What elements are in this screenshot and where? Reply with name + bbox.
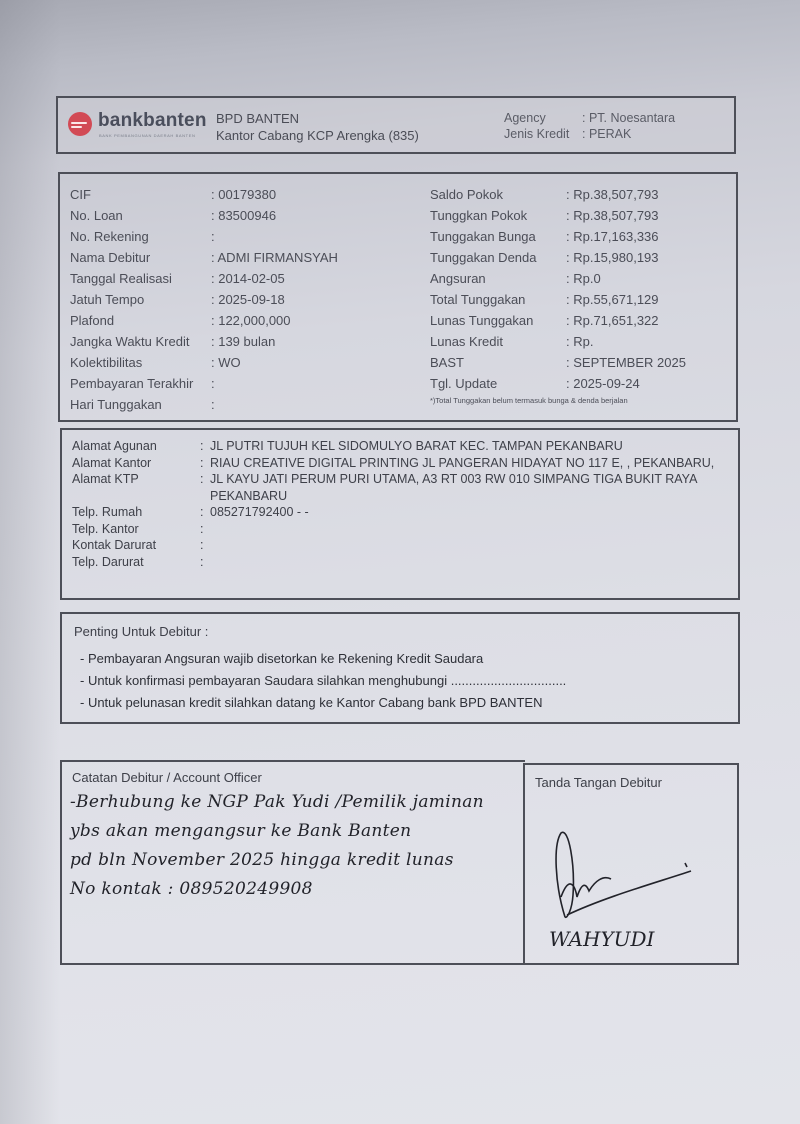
handwritten-notes: -Berhubung ke NGP Pak Yudi /Pemilik jami… bbox=[70, 788, 484, 904]
address-value bbox=[210, 537, 730, 554]
address-label: Kontak Darurat bbox=[72, 537, 200, 554]
info-label: No. Loan bbox=[70, 205, 211, 226]
info-value: : Rp.0 bbox=[566, 271, 601, 286]
info-value: : bbox=[211, 376, 215, 391]
info-row: Hari Tunggakan: bbox=[70, 394, 338, 415]
info-value: : 2014-02-05 bbox=[211, 271, 285, 286]
address-label: Alamat KTP bbox=[72, 471, 200, 504]
bank-logo-icon bbox=[68, 112, 92, 136]
important-notice: Penting Untuk Debitur : - Pembayaran Ang… bbox=[60, 612, 740, 724]
handwritten-line: No kontak : 089520249908 bbox=[70, 875, 484, 904]
agency-value: : PT. Noesantara bbox=[582, 111, 675, 125]
info-label: Lunas Kredit bbox=[430, 331, 566, 352]
notice-title: Penting Untuk Debitur : bbox=[74, 624, 208, 639]
logo-text: bankbanten bbox=[98, 110, 207, 132]
info-row: Tunggakan Denda: Rp.15,980,193 bbox=[430, 247, 686, 268]
address-value: JL PUTRI TUJUH KEL SIDOMULYO BARAT KEC. … bbox=[210, 438, 730, 455]
info-label: Tunggakan Bunga bbox=[430, 226, 566, 247]
info-value: : Rp. bbox=[566, 334, 593, 349]
address-row: Alamat Kantor:RIAU CREATIVE DIGITAL PRIN… bbox=[72, 455, 730, 472]
info-value: : Rp.55,671,129 bbox=[566, 292, 659, 307]
credit-type-label: Jenis Kredit bbox=[504, 126, 582, 142]
address-row: Alamat KTP:JL KAYU JATI PERUM PURI UTAMA… bbox=[72, 471, 730, 504]
handwritten-line: -Berhubung ke NGP Pak Yudi /Pemilik jami… bbox=[70, 788, 484, 817]
info-value: : bbox=[211, 397, 215, 412]
address-rows: Alamat Agunan:JL PUTRI TUJUH KEL SIDOMUL… bbox=[72, 438, 730, 570]
info-row: Pembayaran Terakhir: bbox=[70, 373, 338, 394]
info-row: Tunggakan Bunga: Rp.17,163,336 bbox=[430, 226, 686, 247]
address-value: JL KAYU JATI PERUM PURI UTAMA, A3 RT 003… bbox=[210, 471, 730, 504]
address-label: Telp. Kantor bbox=[72, 521, 200, 538]
info-value: : 83500946 bbox=[211, 208, 276, 223]
address-separator: : bbox=[200, 455, 210, 472]
info-label: Lunas Tunggakan bbox=[430, 310, 566, 331]
address-row: Telp. Darurat: bbox=[72, 554, 730, 571]
info-value: : ADMI FIRMANSYAH bbox=[211, 250, 338, 265]
info-row: No. Rekening: bbox=[70, 226, 338, 247]
info-row: Tanggal Realisasi: 2014-02-05 bbox=[70, 268, 338, 289]
address-separator: : bbox=[200, 537, 210, 554]
agency-label: Agency bbox=[504, 110, 582, 126]
info-row: Total Tunggakan: Rp.55,671,129 bbox=[430, 289, 686, 310]
handwritten-line: ybs akan mengangsur ke Bank Banten bbox=[70, 817, 484, 846]
info-label: Angsuran bbox=[430, 268, 566, 289]
address-row: Telp. Rumah:085271792400 - - bbox=[72, 504, 730, 521]
footnote: *)Total Tunggakan belum termasuk bunga &… bbox=[430, 396, 628, 405]
info-label: Plafond bbox=[70, 310, 211, 331]
info-row: Jatuh Tempo: 2025-09-18 bbox=[70, 289, 338, 310]
notice-list: - Pembayaran Angsuran wajib disetorkan k… bbox=[80, 648, 566, 714]
notes-section: Catatan Debitur / Account Officer -Berhu… bbox=[60, 760, 525, 965]
info-label: Tgl. Update bbox=[430, 373, 566, 394]
logo-tagline: BANK PEMBANGUNAN DAERAH BANTEN bbox=[99, 133, 195, 138]
info-row: Jangka Waktu Kredit: 139 bulan bbox=[70, 331, 338, 352]
info-value: : bbox=[211, 229, 215, 244]
address-separator: : bbox=[200, 438, 210, 455]
address-row: Alamat Agunan:JL PUTRI TUJUH KEL SIDOMUL… bbox=[72, 438, 730, 455]
loan-info-right: Saldo Pokok: Rp.38,507,793Tunggkan Pokok… bbox=[430, 184, 686, 394]
notice-item: - Untuk pelunasan kredit silahkan datang… bbox=[80, 692, 566, 714]
signature-scribble-icon bbox=[545, 825, 715, 925]
address-value bbox=[210, 554, 730, 571]
address-separator: : bbox=[200, 504, 210, 521]
address-row: Telp. Kantor: bbox=[72, 521, 730, 538]
info-row: Angsuran: Rp.0 bbox=[430, 268, 686, 289]
address-section: Alamat Agunan:JL PUTRI TUJUH KEL SIDOMUL… bbox=[60, 428, 740, 600]
address-value bbox=[210, 521, 730, 538]
info-value: : 122,000,000 bbox=[211, 313, 291, 328]
handwritten-line: pd bln November 2025 hingga kredit lunas bbox=[70, 846, 484, 875]
info-row: Lunas Kredit: Rp. bbox=[430, 331, 686, 352]
info-row: Tunggkan Pokok: Rp.38,507,793 bbox=[430, 205, 686, 226]
notice-item: - Pembayaran Angsuran wajib disetorkan k… bbox=[80, 648, 566, 670]
info-value: : 139 bulan bbox=[211, 334, 275, 349]
address-value: RIAU CREATIVE DIGITAL PRINTING JL PANGER… bbox=[210, 455, 730, 472]
address-label: Telp. Rumah bbox=[72, 504, 200, 521]
info-value: : Rp.17,163,336 bbox=[566, 229, 659, 244]
address-value: 085271792400 - - bbox=[210, 504, 730, 521]
bank-info: BPD BANTEN Kantor Cabang KCP Arengka (83… bbox=[216, 110, 419, 144]
info-label: Kolektibilitas bbox=[70, 352, 211, 373]
info-label: Saldo Pokok bbox=[430, 184, 566, 205]
address-label: Alamat Agunan bbox=[72, 438, 200, 455]
bank-name: BPD BANTEN bbox=[216, 110, 419, 127]
info-label: Tunggkan Pokok bbox=[430, 205, 566, 226]
address-row: Kontak Darurat: bbox=[72, 537, 730, 554]
info-value: : 2025-09-24 bbox=[566, 376, 640, 391]
signature-title: Tanda Tangan Debitur bbox=[535, 775, 662, 790]
info-value: : SEPTEMBER 2025 bbox=[566, 355, 686, 370]
info-value: : Rp.71,651,322 bbox=[566, 313, 659, 328]
signature-name: WAHYUDI bbox=[549, 927, 654, 951]
address-separator: : bbox=[200, 521, 210, 538]
info-label: Nama Debitur bbox=[70, 247, 211, 268]
notice-item: - Untuk konfirmasi pembayaran Saudara si… bbox=[80, 670, 566, 692]
info-label: Jangka Waktu Kredit bbox=[70, 331, 211, 352]
info-row: Lunas Tunggakan: Rp.71,651,322 bbox=[430, 310, 686, 331]
notes-title: Catatan Debitur / Account Officer bbox=[72, 770, 262, 785]
address-label: Telp. Darurat bbox=[72, 554, 200, 571]
info-label: BAST bbox=[430, 352, 566, 373]
signature-section: Tanda Tangan Debitur WAHYUDI bbox=[523, 763, 739, 965]
info-value: : Rp.38,507,793 bbox=[566, 208, 659, 223]
info-value: : WO bbox=[211, 355, 241, 370]
info-label: Total Tunggakan bbox=[430, 289, 566, 310]
info-label: Hari Tunggakan bbox=[70, 394, 211, 415]
info-value: : Rp.15,980,193 bbox=[566, 250, 659, 265]
loan-info-left: CIF: 00179380No. Loan: 83500946No. Reken… bbox=[70, 184, 338, 415]
info-value: : 00179380 bbox=[211, 187, 276, 202]
info-label: No. Rekening bbox=[70, 226, 211, 247]
address-label: Alamat Kantor bbox=[72, 455, 200, 472]
info-row: Saldo Pokok: Rp.38,507,793 bbox=[430, 184, 686, 205]
info-label: Tunggakan Denda bbox=[430, 247, 566, 268]
info-value: : Rp.38,507,793 bbox=[566, 187, 659, 202]
info-row: Kolektibilitas: WO bbox=[70, 352, 338, 373]
info-value: : 2025-09-18 bbox=[211, 292, 285, 307]
info-label: Jatuh Tempo bbox=[70, 289, 211, 310]
info-label: Pembayaran Terakhir bbox=[70, 373, 211, 394]
info-row: Nama Debitur: ADMI FIRMANSYAH bbox=[70, 247, 338, 268]
info-row: Tgl. Update: 2025-09-24 bbox=[430, 373, 686, 394]
loan-info-section: CIF: 00179380No. Loan: 83500946No. Reken… bbox=[58, 172, 738, 422]
info-label: CIF bbox=[70, 184, 211, 205]
info-row: CIF: 00179380 bbox=[70, 184, 338, 205]
address-separator: : bbox=[200, 471, 210, 504]
bank-logo: bankbanten BANK PEMBANGUNAN DAERAH BANTE… bbox=[68, 108, 208, 144]
info-label: Tanggal Realisasi bbox=[70, 268, 211, 289]
credit-type-value: : PERAK bbox=[582, 127, 631, 141]
info-row: Plafond: 122,000,000 bbox=[70, 310, 338, 331]
info-row: No. Loan: 83500946 bbox=[70, 205, 338, 226]
agency-info: Agency: PT. Noesantara Jenis Kredit: PER… bbox=[504, 110, 675, 142]
info-row: BAST: SEPTEMBER 2025 bbox=[430, 352, 686, 373]
document-header: bankbanten BANK PEMBANGUNAN DAERAH BANTE… bbox=[56, 96, 736, 154]
paper-shadow bbox=[0, 0, 60, 1124]
branch-name: Kantor Cabang KCP Arengka (835) bbox=[216, 127, 419, 144]
address-separator: : bbox=[200, 554, 210, 571]
